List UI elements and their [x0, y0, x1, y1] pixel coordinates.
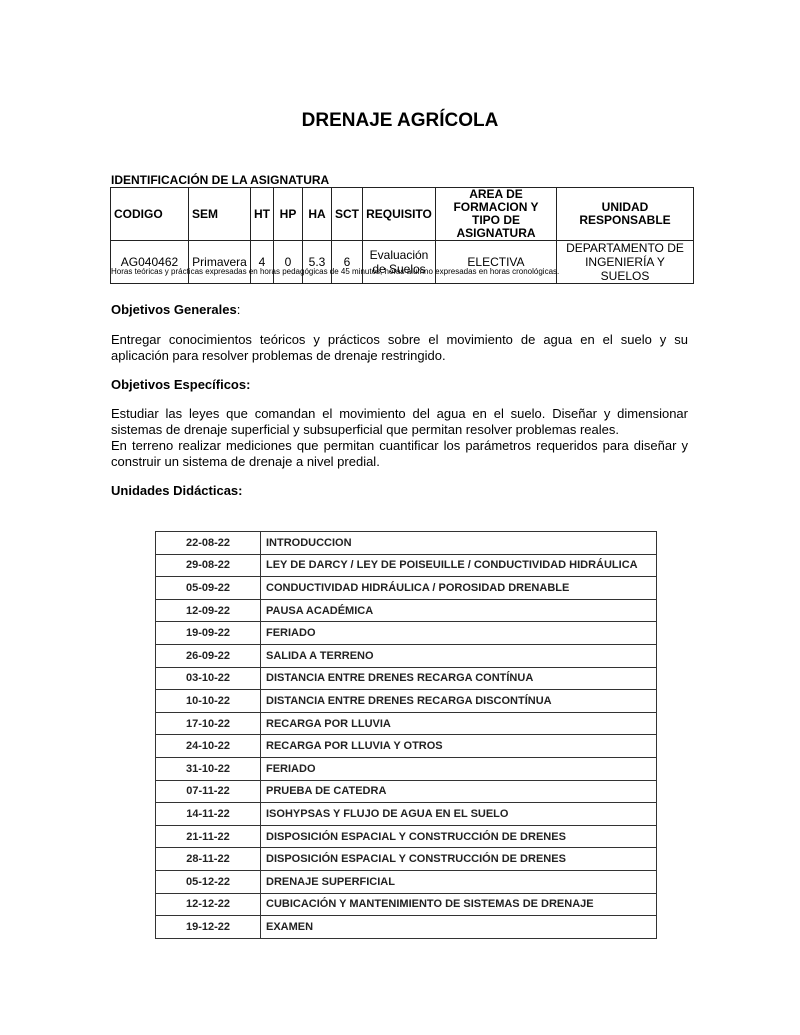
schedule-topic: FERIADO	[261, 622, 657, 645]
header-ht: HT	[251, 188, 274, 241]
schedule-row: 07-11-22PRUEBA DE CATEDRA	[156, 780, 657, 803]
schedule-row: 19-12-22EXAMEN	[156, 916, 657, 939]
schedule-row: 17-10-22RECARGA POR LLUVIA	[156, 712, 657, 735]
schedule-date: 26-09-22	[156, 644, 261, 667]
objetivos-generales-text: Entregar conocimientos teóricos y prácti…	[111, 332, 688, 364]
schedule-topic: DRENAJE SUPERFICIAL	[261, 870, 657, 893]
schedule-date: 31-10-22	[156, 757, 261, 780]
unidades-table: 22-08-22INTRODUCCION29-08-22LEY DE DARCY…	[155, 531, 657, 939]
header-sct: SCT	[332, 188, 363, 241]
schedule-row: 26-09-22SALIDA A TERRENO	[156, 644, 657, 667]
objetivos-especificos-text: Estudiar las leyes que comandan el movim…	[111, 406, 688, 470]
schedule-topic: DISPOSICIÓN ESPACIAL Y CONSTRUCCIÓN DE D…	[261, 825, 657, 848]
cell-requisito: Evaluación de Suelos	[363, 241, 436, 284]
schedule-row: 05-12-22DRENAJE SUPERFICIAL	[156, 870, 657, 893]
schedule-topic: INTRODUCCION	[261, 532, 657, 555]
header-codigo: CODIGO	[111, 188, 189, 241]
schedule-row: 05-09-22CONDUCTIVIDAD HIDRÁULICA / POROS…	[156, 577, 657, 600]
cell-unidad: DEPARTAMENTO DE INGENIERÍA Y SUELOS	[557, 241, 694, 284]
header-area: AREA DE FORMACION Y TIPO DE ASIGNATURA	[436, 188, 557, 241]
cell-codigo: AG040462	[111, 241, 189, 284]
paragraph-line: sistemas de drenaje superficial y subsup…	[111, 422, 688, 438]
header-hp: HP	[274, 188, 303, 241]
schedule-date: 12-12-22	[156, 893, 261, 916]
schedule-topic: CUBICACIÓN Y MANTENIMIENTO DE SISTEMAS D…	[261, 893, 657, 916]
objetivos-generales-heading-text: Objetivos Generales	[111, 302, 237, 317]
schedule-row: 24-10-22RECARGA POR LLUVIA Y OTROS	[156, 735, 657, 758]
schedule-row: 14-11-22ISOHYPSAS Y FLUJO DE AGUA EN EL …	[156, 803, 657, 826]
schedule-topic: RECARGA POR LLUVIA Y OTROS	[261, 735, 657, 758]
schedule-row: 22-08-22INTRODUCCION	[156, 532, 657, 555]
schedule-date: 22-08-22	[156, 532, 261, 555]
schedule-topic: ISOHYPSAS Y FLUJO DE AGUA EN EL SUELO	[261, 803, 657, 826]
schedule-row: 19-09-22FERIADO	[156, 622, 657, 645]
paragraph-line: Entregar conocimientos teóricos y prácti…	[111, 332, 688, 348]
schedule-row: 21-11-22DISPOSICIÓN ESPACIAL Y CONSTRUCC…	[156, 825, 657, 848]
header-ha: HA	[303, 188, 332, 241]
schedule-topic: DISPOSICIÓN ESPACIAL Y CONSTRUCCIÓN DE D…	[261, 848, 657, 871]
schedule-topic: DISTANCIA ENTRE DRENES RECARGA DISCONTÍN…	[261, 690, 657, 713]
schedule-topic: RECARGA POR LLUVIA	[261, 712, 657, 735]
schedule-date: 10-10-22	[156, 690, 261, 713]
schedule-date: 21-11-22	[156, 825, 261, 848]
cell-sem: Primavera	[189, 241, 251, 284]
schedule-topic: SALIDA A TERRENO	[261, 644, 657, 667]
schedule-date: 24-10-22	[156, 735, 261, 758]
paragraph-line: En terreno realizar mediciones que permi…	[111, 438, 688, 454]
schedule-date: 19-12-22	[156, 916, 261, 939]
schedule-date: 28-11-22	[156, 848, 261, 871]
schedule-row: 28-11-22DISPOSICIÓN ESPACIAL Y CONSTRUCC…	[156, 848, 657, 871]
schedule-topic: DISTANCIA ENTRE DRENES RECARGA CONTÍNUA	[261, 667, 657, 690]
schedule-row: 12-09-22PAUSA ACADÉMICA	[156, 599, 657, 622]
objetivos-especificos-heading: Objetivos Específicos:	[111, 377, 250, 392]
document-title: DRENAJE AGRÍCOLA	[0, 110, 800, 132]
identification-label: IDENTIFICACIÓN DE LA ASIGNATURA	[111, 173, 329, 187]
paragraph-line: aplicación para resolver problemas de dr…	[111, 348, 688, 364]
schedule-date: 05-12-22	[156, 870, 261, 893]
schedule-topic: LEY DE DARCY / LEY DE POISEUILLE / CONDU…	[261, 554, 657, 577]
schedule-row: 12-12-22CUBICACIÓN Y MANTENIMIENTO DE SI…	[156, 893, 657, 916]
cell-area: ELECTIVA	[436, 241, 557, 284]
schedule-topic: FERIADO	[261, 757, 657, 780]
schedule-topic: PAUSA ACADÉMICA	[261, 599, 657, 622]
hours-note: Horas teóricas y prácticas expresadas en…	[111, 267, 559, 276]
header-unidad: UNIDAD RESPONSABLE	[557, 188, 694, 241]
header-requisito: REQUISITO	[363, 188, 436, 241]
identification-header-row: CODIGO SEM HT HP HA SCT REQUISITO AREA D…	[111, 188, 694, 241]
schedule-date: 17-10-22	[156, 712, 261, 735]
schedule-date: 07-11-22	[156, 780, 261, 803]
header-sem: SEM	[189, 188, 251, 241]
schedule-row: 10-10-22DISTANCIA ENTRE DRENES RECARGA D…	[156, 690, 657, 713]
schedule-date: 03-10-22	[156, 667, 261, 690]
schedule-date: 19-09-22	[156, 622, 261, 645]
schedule-date: 05-09-22	[156, 577, 261, 600]
schedule-date: 14-11-22	[156, 803, 261, 826]
schedule-date: 12-09-22	[156, 599, 261, 622]
cell-sct: 6	[332, 241, 363, 284]
objetivos-generales-heading: Objetivos Generales:	[111, 302, 240, 317]
cell-ha: 5.3	[303, 241, 332, 284]
identification-data-row: AG040462 Primavera 4 0 5.3 6 Evaluación …	[111, 241, 694, 284]
cell-ht: 4	[251, 241, 274, 284]
schedule-date: 29-08-22	[156, 554, 261, 577]
schedule-topic: PRUEBA DE CATEDRA	[261, 780, 657, 803]
schedule-row: 31-10-22FERIADO	[156, 757, 657, 780]
paragraph-line: construir un sistema de drenaje a nivel …	[111, 454, 688, 470]
cell-hp: 0	[274, 241, 303, 284]
schedule-row: 03-10-22DISTANCIA ENTRE DRENES RECARGA C…	[156, 667, 657, 690]
schedule-topic: EXAMEN	[261, 916, 657, 939]
objetivos-generales-colon: :	[237, 302, 241, 317]
unidades-heading: Unidades Didácticas:	[111, 483, 243, 498]
paragraph-line: Estudiar las leyes que comandan el movim…	[111, 406, 688, 422]
schedule-row: 29-08-22LEY DE DARCY / LEY DE POISEUILLE…	[156, 554, 657, 577]
schedule-topic: CONDUCTIVIDAD HIDRÁULICA / POROSIDAD DRE…	[261, 577, 657, 600]
